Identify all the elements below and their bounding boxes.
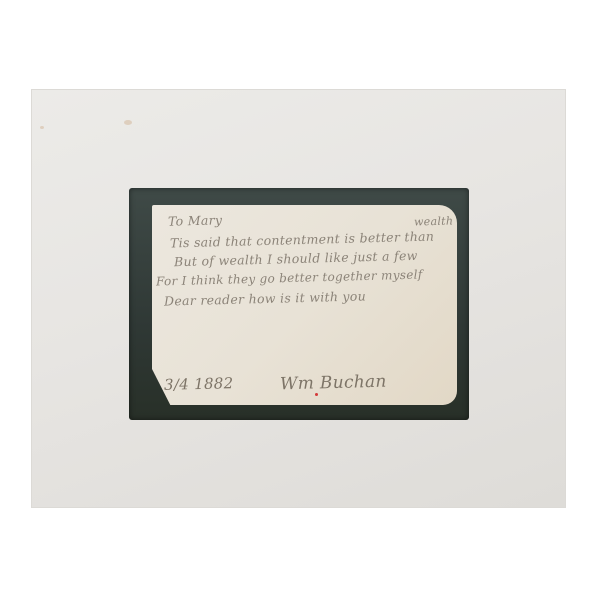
- red-mark: [315, 393, 318, 396]
- stain-spot: [124, 120, 132, 125]
- note-signature: Wm Buchan: [280, 372, 387, 395]
- note-line: But of wealth I should like just a few: [174, 248, 418, 269]
- note-salutation: To Mary: [168, 212, 223, 228]
- note-line: Tis said that contentment is better than: [170, 229, 435, 251]
- note-line: For I think they go better together myse…: [156, 268, 423, 289]
- stain-spot: [40, 126, 44, 129]
- note-corner-word: wealth: [414, 214, 454, 228]
- handwritten-note: To Mary wealth Tis said that contentment…: [152, 205, 457, 405]
- note-date: 3/4 1882: [164, 374, 234, 394]
- note-line: Dear reader how is it with you: [164, 288, 366, 308]
